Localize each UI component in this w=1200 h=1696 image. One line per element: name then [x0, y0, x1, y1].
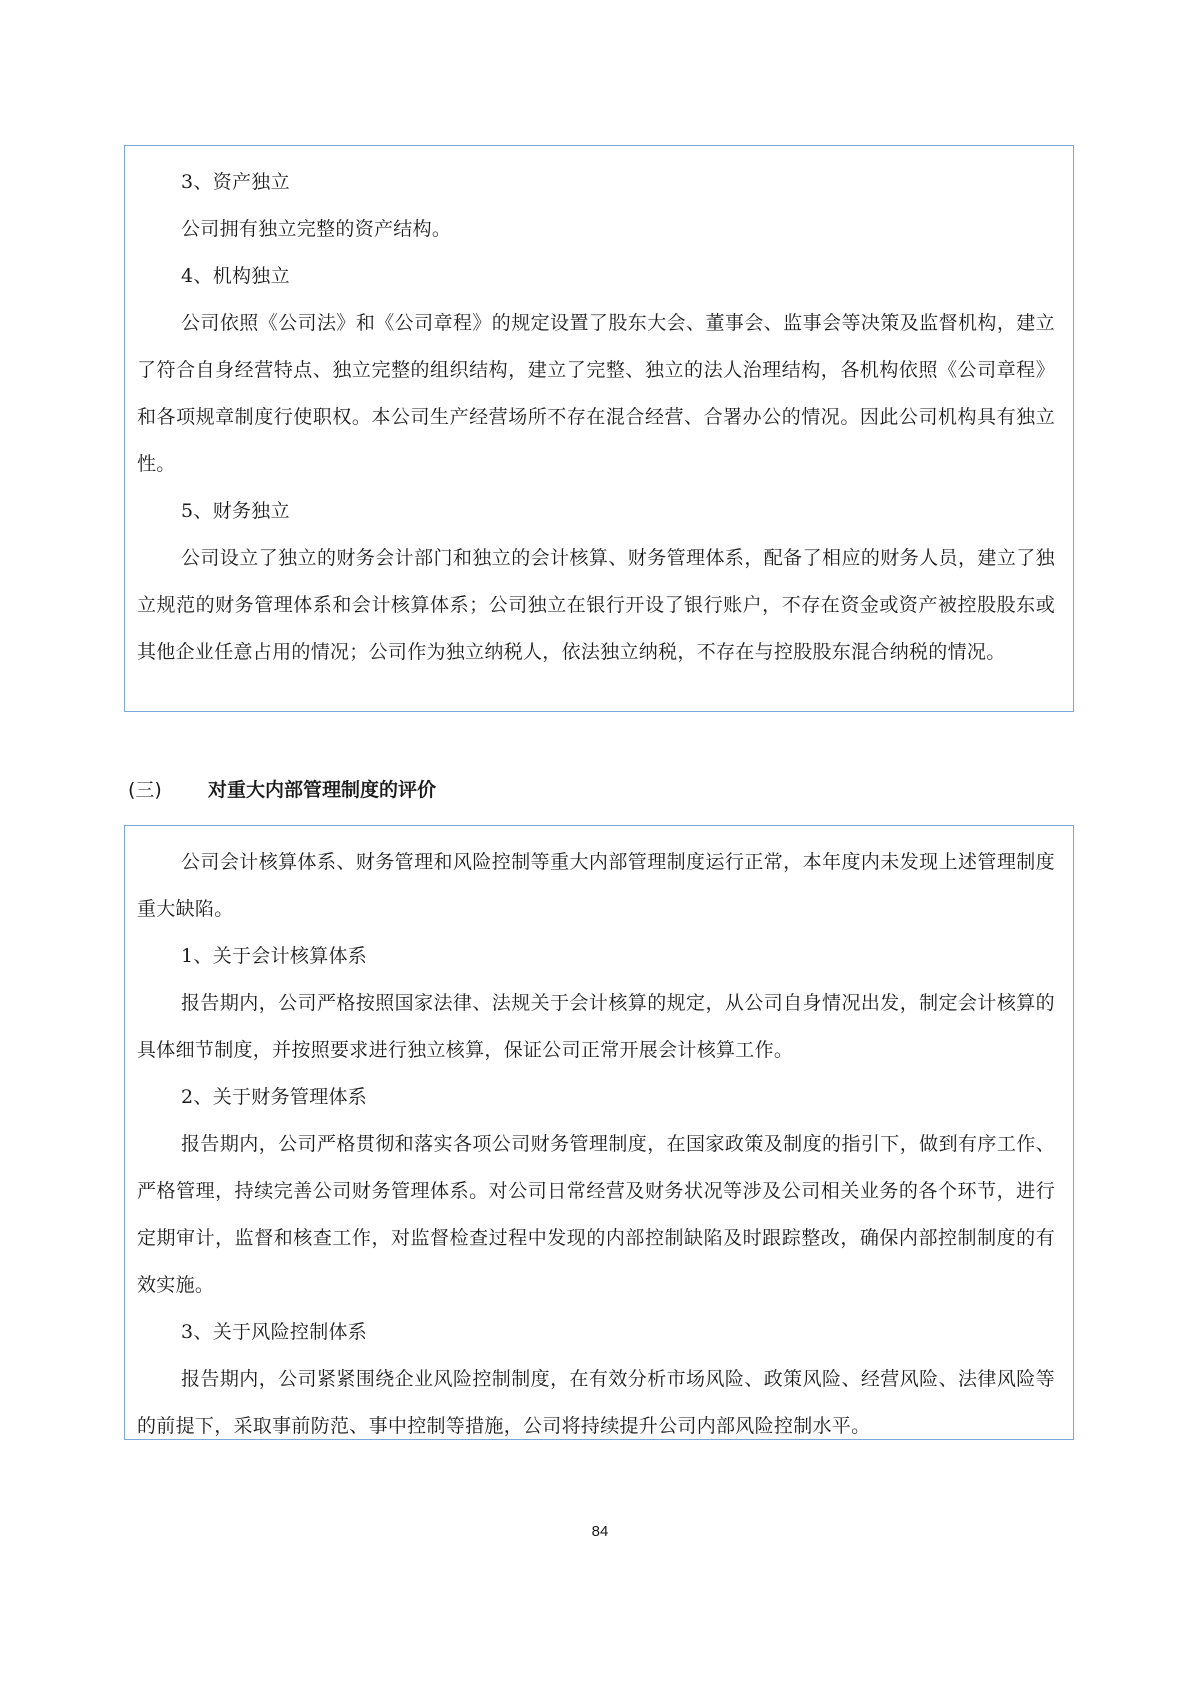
subheading-risk-control: 3、关于风险控制体系	[137, 1309, 1055, 1356]
subheading-financial-management: 2、关于财务管理体系	[137, 1074, 1055, 1121]
subheading-organization-independence: 4、机构独立	[137, 253, 1055, 300]
section-number: (三)	[128, 775, 208, 802]
paragraph-asset-independence: 公司拥有独立完整的资产结构。	[137, 206, 1055, 253]
page-number: 84	[0, 1523, 1200, 1540]
subheading-accounting-system: 1、关于会计核算体系	[137, 933, 1055, 980]
content-box-independence: 3、资产独立 公司拥有独立完整的资产结构。 4、机构独立 公司依照《公司法》和《…	[124, 145, 1074, 712]
paragraph-organization-independence: 公司依照《公司法》和《公司章程》的规定设置了股东大会、董事会、监事会等决策及监督…	[137, 300, 1055, 488]
paragraph-risk-control: 报告期内，公司紧紧围绕企业风险控制制度，在有效分析市场风险、政策风险、经营风险、…	[137, 1356, 1055, 1450]
paragraph-overview: 公司会计核算体系、财务管理和风险控制等重大内部管理制度运行正常，本年度内未发现上…	[137, 839, 1055, 933]
section-title: 对重大内部管理制度的评价	[208, 775, 436, 802]
subheading-finance-independence: 5、财务独立	[137, 488, 1055, 535]
paragraph-accounting-system: 报告期内，公司严格按照国家法律、法规关于会计核算的规定，从公司自身情况出发，制定…	[137, 980, 1055, 1074]
content-box-internal-management: 公司会计核算体系、财务管理和风险控制等重大内部管理制度运行正常，本年度内未发现上…	[124, 825, 1074, 1440]
section-heading: (三) 对重大内部管理制度的评价	[128, 775, 436, 802]
paragraph-finance-independence: 公司设立了独立的财务会计部门和独立的会计核算、财务管理体系，配备了相应的财务人员…	[137, 535, 1055, 676]
paragraph-financial-management: 报告期内，公司严格贯彻和落实各项公司财务管理制度，在国家政策及制度的指引下，做到…	[137, 1121, 1055, 1309]
subheading-asset-independence: 3、资产独立	[137, 159, 1055, 206]
